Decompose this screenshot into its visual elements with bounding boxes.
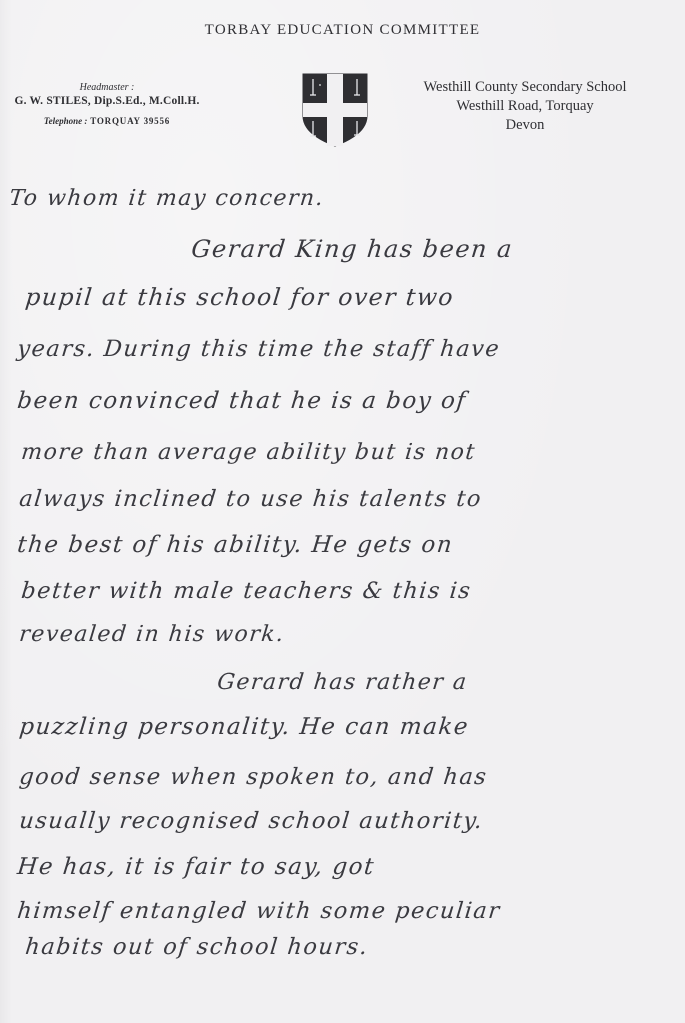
- school-crest-icon: [301, 72, 369, 148]
- telephone-label: Telephone :: [44, 116, 87, 126]
- letter-line: always inclined to use his talents to: [18, 486, 483, 512]
- letter-line-last: habits out of school hours.: [24, 934, 370, 960]
- committee-heading: TORBAY EDUCATION COMMITTEE: [0, 22, 685, 39]
- salutation: To whom it may concern.: [8, 186, 325, 211]
- letter-line: years. During this time the staff have: [16, 336, 502, 362]
- school-street: Westhill Road, Torquay: [405, 97, 645, 116]
- school-county: Devon: [405, 116, 645, 135]
- letter-line: himself entangled with some peculiar: [16, 898, 502, 924]
- letter-line: revealed in his work.: [18, 622, 286, 647]
- telephone-value: TORQUAY 39556: [90, 116, 170, 126]
- school-name: Westhill County Secondary School: [405, 78, 645, 97]
- letter-line: more than average ability but is not: [20, 440, 477, 465]
- letter-line: Gerard has rather a: [216, 670, 469, 695]
- headmaster-name: G. W. STILES, Dip.S.Ed., M.Coll.H.: [14, 95, 200, 107]
- letter-line: been convinced that he is a boy of: [16, 388, 468, 414]
- letter-line: Gerard King has been a: [190, 235, 515, 263]
- letter-line: better with male teachers & this is: [20, 578, 473, 604]
- school-address-block: Westhill County Secondary School Westhil…: [405, 78, 645, 135]
- letter-line: He has, it is fair to say, got: [16, 854, 376, 880]
- letter-line: usually recognised school authority.: [18, 808, 485, 834]
- telephone-line: Telephone : TORQUAY 39556: [14, 116, 200, 126]
- headmaster-label: Headmaster :: [14, 82, 200, 93]
- letter-line: pupil at this school for over two: [24, 283, 456, 311]
- letter-line: good sense when spoken to, and has: [18, 764, 489, 790]
- headmaster-block: Headmaster : G. W. STILES, Dip.S.Ed., M.…: [14, 82, 200, 126]
- letter-line: the best of his ability. He gets on: [16, 532, 454, 558]
- letter-line: puzzling personality. He can make: [18, 714, 470, 740]
